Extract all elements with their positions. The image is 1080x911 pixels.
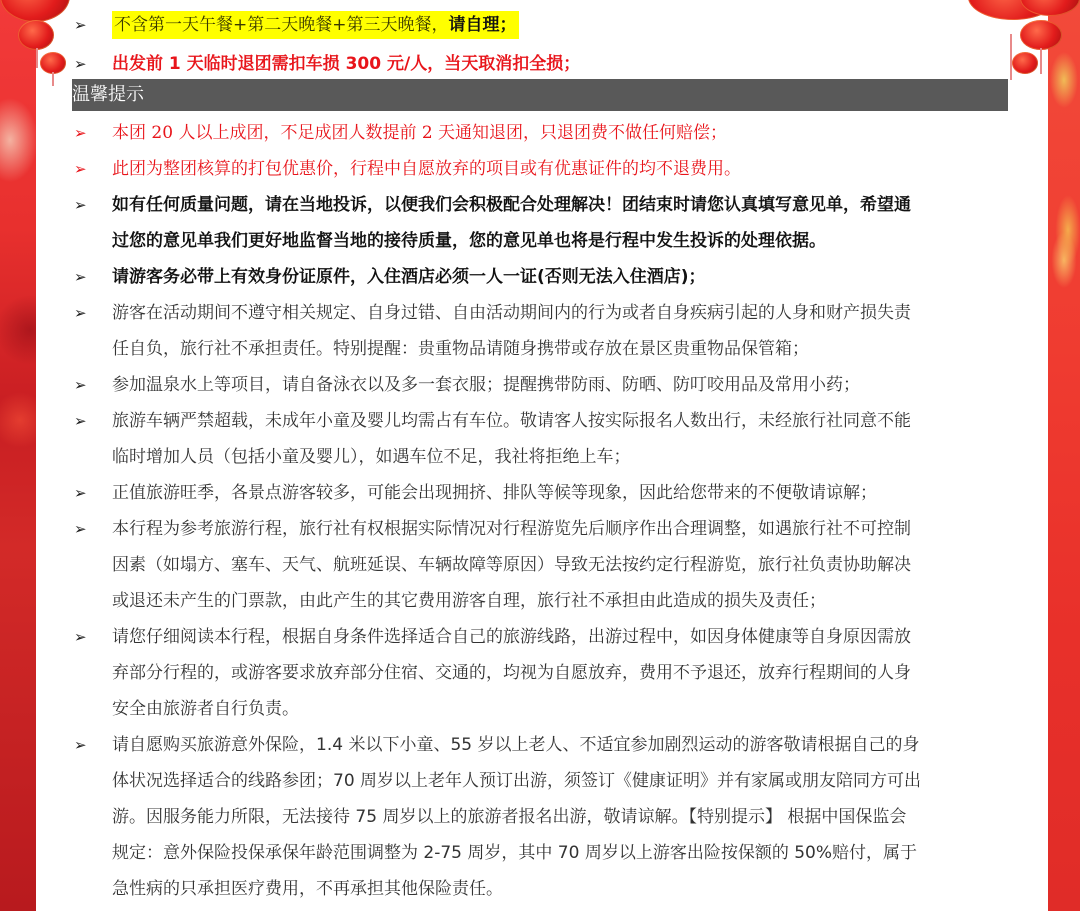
list-item-tip: ➢游客在活动期间不遵守相关规定、自身过错、自由活动期间内的行为或者自身疾病引起的… [72, 295, 1008, 367]
tip-text: 请游客务必带上有效身份证原件，入住酒店必须一人一证(否则无法入住酒店)； [112, 259, 1008, 295]
meals-note: 不含第一天午餐+第二天晚餐+第三天晚餐，请自理； [112, 11, 519, 39]
bullet-arrow-icon: ➢ [72, 727, 112, 763]
bullet-arrow-icon: ➢ [72, 115, 112, 151]
left-decorative-border [0, 0, 36, 911]
tip-text: 游客在活动期间不遵守相关规定、自身过错、自由活动期间内的行为或者自身疾病引起的人… [112, 295, 1008, 367]
bullet-arrow-icon: ➢ [72, 367, 112, 403]
right-decorative-border [1048, 0, 1080, 911]
tip-line: 安全由旅游者自行负责。 [112, 691, 1008, 727]
cancellation-note: 出发前 1 天临时退团需扣车损 300 元/人，当天取消扣全损； [112, 50, 1008, 78]
tip-line: 过您的意见单我们更好地监督当地的接待质量，您的意见单也将是行程中发生投诉的处理依… [112, 223, 1008, 259]
tip-text: 请您仔细阅读本行程，根据自身条件选择适合自己的旅游线路，出游过程中，如因身体健康… [112, 619, 1008, 727]
list-item-tip: ➢本行程为参考旅游行程，旅行社有权根据实际情况对行程游览先后顺序作出合理调整，如… [72, 511, 1008, 619]
tip-text: 请自愿购买旅游意外保险，1.4 米以下小童、55 岁以上老人、不适宜参加剧烈运动… [112, 727, 1008, 907]
tip-line: 体状况选择适合的线路参团；70 周岁以上老年人预订出游，须签订《健康证明》并有家… [112, 763, 1008, 799]
bullet-arrow-icon: ➢ [72, 619, 112, 655]
tip-text: 如有任何质量问题，请在当地投诉，以便我们会积极配合处理解决！团结束时请您认真填写… [112, 187, 1008, 259]
tip-line: 弃部分行程的，或游客要求放弃部分住宿、交通的，均视为自愿放弃，费用不予退还，放弃… [112, 655, 1008, 691]
list-item-cancellation: ➢ 出发前 1 天临时退团需扣车损 300 元/人，当天取消扣全损； [72, 50, 1008, 78]
tip-text: 此团为整团核算的打包优惠价，行程中自愿放弃的项目或有优惠证件的均不退费用。 [112, 151, 1008, 187]
tip-line: 旅游车辆严禁超载，未成年小童及婴儿均需占有车位。敬请客人按实际报名人数出行，未经… [112, 403, 1008, 439]
tip-text: 旅游车辆严禁超载，未成年小童及婴儿均需占有车位。敬请客人按实际报名人数出行，未经… [112, 403, 1008, 475]
list-item-tip: ➢此团为整团核算的打包优惠价，行程中自愿放弃的项目或有优惠证件的均不退费用。 [72, 151, 1008, 187]
tip-line: 本行程为参考旅游行程，旅行社有权根据实际情况对行程游览先后顺序作出合理调整，如遇… [112, 511, 1008, 547]
tips-list: ➢本团 20 人以上成团，不足成团人数提前 2 天通知退团，只退团费不做任何赔偿… [72, 115, 1008, 907]
tip-line: 规定：意外保险投保承保年龄范围调整为 2-75 周岁，其中 70 周岁以上游客出… [112, 835, 1008, 871]
tip-line: 参加温泉水上等项目，请自备泳衣以及多一套衣服；提醒携带防雨、防晒、防叮咬用品及常… [112, 367, 1008, 403]
tip-text: 正值旅游旺季，各景点游客较多，可能会出现拥挤、排队等候等现象，因此给您带来的不便… [112, 475, 1008, 511]
bullet-arrow-icon: ➢ [72, 187, 112, 223]
list-item-meals: ➢ 不含第一天午餐+第二天晚餐+第三天晚餐，请自理； [72, 0, 1008, 50]
bullet-arrow-icon: ➢ [72, 151, 112, 187]
tip-line: 或退还未产生的门票款，由此产生的其它费用游客自理，旅行社不承担由此造成的损失及责… [112, 583, 1008, 619]
tip-text: 本行程为参考旅游行程，旅行社有权根据实际情况对行程游览先后顺序作出合理调整，如遇… [112, 511, 1008, 619]
tip-line: 如有任何质量问题，请在当地投诉，以便我们会积极配合处理解决！团结束时请您认真填写… [112, 187, 1008, 223]
tip-line: 急性病的只承担医疗费用，不再承担其他保险责任。 [112, 871, 1008, 907]
bullet-arrow-icon: ➢ [72, 475, 112, 511]
tip-text: 参加温泉水上等项目，请自备泳衣以及多一套衣服；提醒携带防雨、防晒、防叮咬用品及常… [112, 367, 1008, 403]
document-body: ➢ 不含第一天午餐+第二天晚餐+第三天晚餐，请自理； ➢ 出发前 1 天临时退团… [72, 0, 1008, 907]
list-item-tip: ➢如有任何质量问题，请在当地投诉，以便我们会积极配合处理解决！团结束时请您认真填… [72, 187, 1008, 259]
tip-line: 游客在活动期间不遵守相关规定、自身过错、自由活动期间内的行为或者自身疾病引起的人… [112, 295, 1008, 331]
list-item-tip: ➢请自愿购买旅游意外保险，1.4 米以下小童、55 岁以上老人、不适宜参加剧烈运… [72, 727, 1008, 907]
tip-line: 临时增加人员（包括小童及婴儿），如遇车位不足，我社将拒绝上车； [112, 439, 1008, 475]
tip-line: 游。因服务能力所限，无法接待 75 周岁以上的旅游者报名出游，敬请谅解。【特别提… [112, 799, 1008, 835]
list-item-tip: ➢旅游车辆严禁超载，未成年小童及婴儿均需占有车位。敬请客人按实际报名人数出行，未… [72, 403, 1008, 475]
tip-line: 请自愿购买旅游意外保险，1.4 米以下小童、55 岁以上老人、不适宜参加剧烈运动… [112, 727, 1008, 763]
bullet-arrow-icon: ➢ [72, 511, 112, 547]
tip-line: 此团为整团核算的打包优惠价，行程中自愿放弃的项目或有优惠证件的均不退费用。 [112, 151, 1008, 187]
bullet-arrow-icon: ➢ [72, 259, 112, 295]
list-item-tip: ➢请您仔细阅读本行程，根据自身条件选择适合自己的旅游线路，出游过程中，如因身体健… [72, 619, 1008, 727]
tip-line: 本团 20 人以上成团，不足成团人数提前 2 天通知退团，只退团费不做任何赔偿； [112, 115, 1008, 151]
tip-text: 本团 20 人以上成团，不足成团人数提前 2 天通知退团，只退团费不做任何赔偿； [112, 115, 1008, 151]
tip-line: 请游客务必带上有效身份证原件，入住酒店必须一人一证(否则无法入住酒店)； [112, 259, 1008, 295]
tip-line: 任自负，旅行社不承担责任。特别提醒：贵重物品请随身携带或存放在景区贵重物品保管箱… [112, 331, 1008, 367]
bullet-arrow-icon: ➢ [72, 50, 112, 78]
section-heading: 温馨提示 [72, 79, 1008, 111]
list-item-tip: ➢参加温泉水上等项目，请自备泳衣以及多一套衣服；提醒携带防雨、防晒、防叮咬用品及… [72, 367, 1008, 403]
tip-line: 正值旅游旺季，各景点游客较多，可能会出现拥挤、排队等候等现象，因此给您带来的不便… [112, 475, 1008, 511]
bullet-arrow-icon: ➢ [72, 295, 112, 331]
bullet-arrow-icon: ➢ [72, 10, 112, 40]
list-item-tip: ➢请游客务必带上有效身份证原件，入住酒店必须一人一证(否则无法入住酒店)； [72, 259, 1008, 295]
tip-line: 请您仔细阅读本行程，根据自身条件选择适合自己的旅游线路，出游过程中，如因身体健康… [112, 619, 1008, 655]
bullet-arrow-icon: ➢ [72, 403, 112, 439]
list-item-tip: ➢本团 20 人以上成团，不足成团人数提前 2 天通知退团，只退团费不做任何赔偿… [72, 115, 1008, 151]
list-item-tip: ➢正值旅游旺季，各景点游客较多，可能会出现拥挤、排队等候等现象，因此给您带来的不… [72, 475, 1008, 511]
tip-line: 因素（如塌方、塞车、天气、航班延误、车辆故障等原因）导致无法按约定行程游览，旅行… [112, 547, 1008, 583]
